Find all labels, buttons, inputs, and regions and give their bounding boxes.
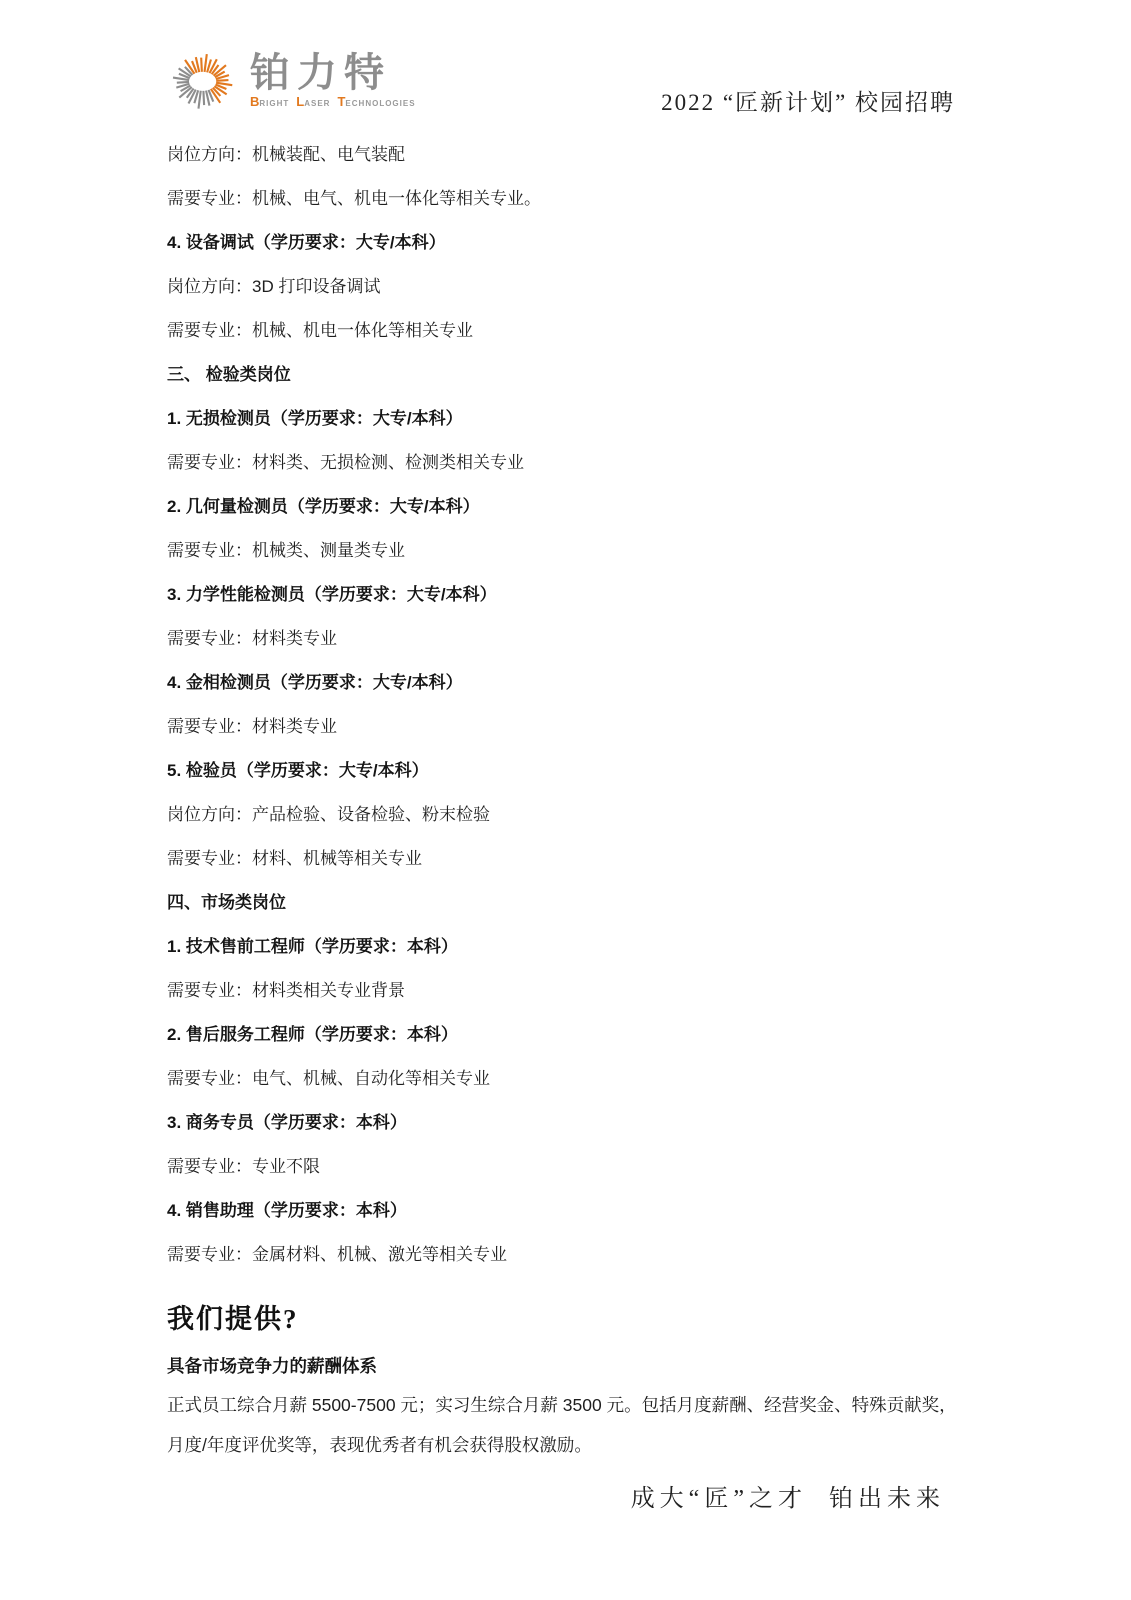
company-logo: 铂力特 BRIGHTLASERTECHNOLOGIES [170, 44, 416, 116]
requirement-line: 需要专业：机械、机电一体化等相关专业 [167, 321, 975, 341]
requirement-line: 需要专业：电气、机械、自动化等相关专业 [167, 1069, 975, 1089]
logo-text: 铂力特 BRIGHTLASERTECHNOLOGIES [250, 44, 416, 110]
job-heading: 3. 商务专员（学历要求：本科） [167, 1113, 975, 1133]
requirement-line: 需要专业：金属材料、机械、激光等相关专业 [167, 1245, 975, 1265]
sunburst-icon [170, 44, 238, 116]
job-listing-content: 岗位方向：机械装配、电气装配 需要专业：机械、电气、机电一体化等相关专业。 4.… [167, 145, 975, 1465]
requirement-line: 需要专业：机械类、测量类专业 [167, 541, 975, 561]
requirement-line: 需要专业：材料、机械等相关专业 [167, 849, 975, 869]
logo-en-rest: RIGHT [259, 99, 289, 108]
document-title: 2022 “匠新计划” 校园招聘 [661, 84, 955, 117]
job-heading: 5. 检验员（学历要求：大专/本科） [167, 761, 975, 781]
logo-company-name-cn: 铂力特 [250, 52, 416, 94]
job-heading: 2. 售后服务工程师（学历要求：本科） [167, 1025, 975, 1045]
logo-en-rest: ECHNOLOGIES [345, 99, 415, 108]
document-page: 铂力特 BRIGHTLASERTECHNOLOGIES 2022 “匠新计划” … [0, 0, 1131, 1600]
section-heading: 四、市场类岗位 [167, 893, 975, 913]
direction-line: 岗位方向：3D 打印设备调试 [167, 277, 975, 297]
requirement-line: 需要专业：专业不限 [167, 1157, 975, 1177]
job-heading: 4. 销售助理（学历要求：本科） [167, 1201, 975, 1221]
job-heading: 4. 金相检测员（学历要求：大专/本科） [167, 673, 975, 693]
logo-en-initial: B [250, 94, 259, 109]
job-heading: 1. 无损检测员（学历要求：大专/本科） [167, 409, 975, 429]
job-heading: 2. 几何量检测员（学历要求：大专/本科） [167, 497, 975, 517]
job-heading: 4. 设备调试（学历要求：大专/本科） [167, 233, 975, 253]
footer-slogan: 成大“匠”之才 铂出未来 [631, 1478, 945, 1513]
job-heading: 3. 力学性能检测员（学历要求：大专/本科） [167, 585, 975, 605]
offer-subheading: 具备市场竞争力的薪酬体系 [167, 1355, 975, 1377]
requirement-line: 需要专业：机械、电气、机电一体化等相关专业。 [167, 189, 975, 209]
direction-line: 岗位方向：机械装配、电气装配 [167, 145, 975, 165]
job-heading: 1. 技术售前工程师（学历要求：本科） [167, 937, 975, 957]
requirement-line: 需要专业：材料类专业 [167, 629, 975, 649]
section-heading: 三、 检验类岗位 [167, 365, 975, 385]
offer-section-heading: 我们提供? [167, 1303, 975, 1335]
requirement-line: 需要专业：材料类专业 [167, 717, 975, 737]
logo-company-name-en: BRIGHTLASERTECHNOLOGIES [250, 96, 416, 110]
direction-line: 岗位方向：产品检验、设备检验、粉末检验 [167, 805, 975, 825]
requirement-line: 需要专业：材料类相关专业背景 [167, 981, 975, 1001]
offer-body-text: 正式员工综合月薪 5500-7500 元；实习生综合月薪 3500 元。包括月度… [167, 1385, 973, 1465]
requirement-line: 需要专业：材料类、无损检测、检测类相关专业 [167, 453, 975, 473]
logo-en-rest: ASER [304, 99, 330, 108]
